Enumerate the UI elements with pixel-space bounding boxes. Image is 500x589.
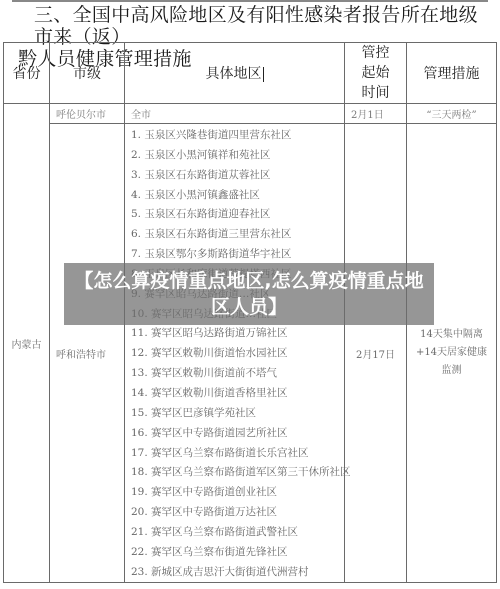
measures-cell: 14天集中隔离+14天居家健康监测 [407, 124, 497, 583]
area-list-cell: 1. 玉泉区兴隆巷街道四里营东社区 2. 玉泉区小黑河镇祥和苑社区 3. 玉泉区… [125, 124, 345, 583]
list-item: 11. 赛罕区昭乌达路街道万锦社区 [131, 324, 344, 344]
list-item: 7. 玉泉区鄂尔多斯路街道华宇社区 [131, 245, 344, 265]
table-row: 内蒙古 呼伦贝尔市 全市 2月1日 “三天两检” [4, 104, 497, 124]
list-item: 20. 赛罕区中专路街道万达社区 [131, 503, 344, 523]
table-row: 呼和浩特市 1. 玉泉区兴隆巷街道四里营东社区 2. 玉泉区小黑河镇祥和苑社区 … [4, 124, 497, 583]
list-item: 15. 赛罕区巴彦镇学苑社区 [131, 404, 344, 424]
text-cursor [263, 67, 264, 82]
list-item: 17. 赛罕区乌兰察布路街道长乐宫社区 [131, 444, 344, 464]
province-cell: 内蒙古 [4, 104, 50, 583]
list-item: 16. 赛罕区中专路街道园艺所社区 [131, 424, 344, 444]
city-cell: 呼伦贝尔市 [50, 104, 125, 124]
list-item: 13. 赛罕区敕勒川街道前不塔气 [131, 364, 344, 384]
table-header-row: 省份 市级 具体地区 管控起始时间 管理措施 [4, 43, 497, 104]
list-item: 4. 玉泉区小黑河镇鑫盛社区 [131, 186, 344, 206]
area-list: 1. 玉泉区兴隆巷街道四里营东社区 2. 玉泉区小黑河镇祥和苑社区 3. 玉泉区… [125, 124, 344, 582]
city-cell: 呼和浩特市 [50, 124, 125, 583]
list-item: 22. 赛罕区乌兰察布街道先锋社区 [131, 543, 344, 563]
list-item: 12. 赛罕区敕勒川街道怡水园社区 [131, 344, 344, 364]
list-item: 19. 赛罕区中专路街道创业社区 [131, 483, 344, 503]
province-name: 内蒙古 [12, 340, 42, 351]
list-item: 6. 玉泉区石东路街道三里营东社区 [131, 225, 344, 245]
list-item: 2. 玉泉区小黑河镇祥和苑社区 [131, 146, 344, 166]
list-item: 3. 玉泉区石东路街道苁蓉社区 [131, 166, 344, 186]
list-item: 14. 赛罕区敕勒川街道香格里社区 [131, 384, 344, 404]
header-province: 省份 [4, 43, 50, 104]
header-start-time: 管控起始时间 [345, 43, 407, 104]
caption-text: 【怎么算疫情重点地区,怎么算疫情重点地区人员】 [69, 268, 429, 320]
header-city: 市级 [50, 43, 125, 104]
caption-overlay: 【怎么算疫情重点地区,怎么算疫情重点地区人员】 [64, 263, 434, 325]
header-measures: 管理措施 [407, 43, 497, 104]
header-area: 具体地区 [125, 43, 345, 104]
list-item: 21. 赛罕区乌兰察布路街道武警社区 [131, 523, 344, 543]
list-item: 5. 玉泉区石东路街道迎春社区 [131, 205, 344, 225]
measures-cell: “三天两检” [407, 104, 497, 124]
start-time-cell: 2月17日 [345, 124, 407, 583]
area-cell: 全市 [125, 104, 345, 124]
top-border-line [12, 0, 488, 2]
header-area-label: 具体地区 [206, 66, 262, 82]
start-time-cell: 2月1日 [345, 104, 407, 124]
list-item: 1. 玉泉区兴隆巷街道四里营东社区 [131, 126, 344, 146]
list-item: 23. 新城区成吉思汗大街街道代洲营村 [131, 563, 344, 583]
list-item: 18. 赛罕区乌兰察布路街道军区第三干休所社区 [131, 463, 344, 483]
